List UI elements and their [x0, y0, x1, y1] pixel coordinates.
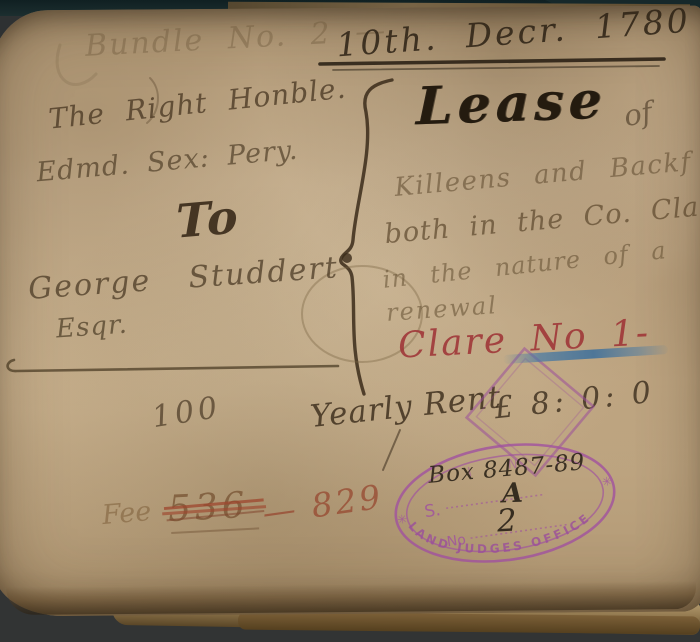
- oval-stamp-field-no-label: No: [446, 532, 467, 550]
- oval-stamp-star-left: ✳: [396, 512, 408, 527]
- sta-number: 2: [496, 506, 517, 538]
- office-stamps: I N I LAND JUDGES OFFICE ✳ ✳ S. No: [0, 0, 700, 642]
- scanned-lease-document: Bundle No. 2 — 10th. Decr. 1780 The Righ…: [0, 0, 700, 642]
- oval-stamp-field-s-label: S.: [423, 500, 442, 522]
- oval-stamp-star-right: ✳: [601, 474, 613, 489]
